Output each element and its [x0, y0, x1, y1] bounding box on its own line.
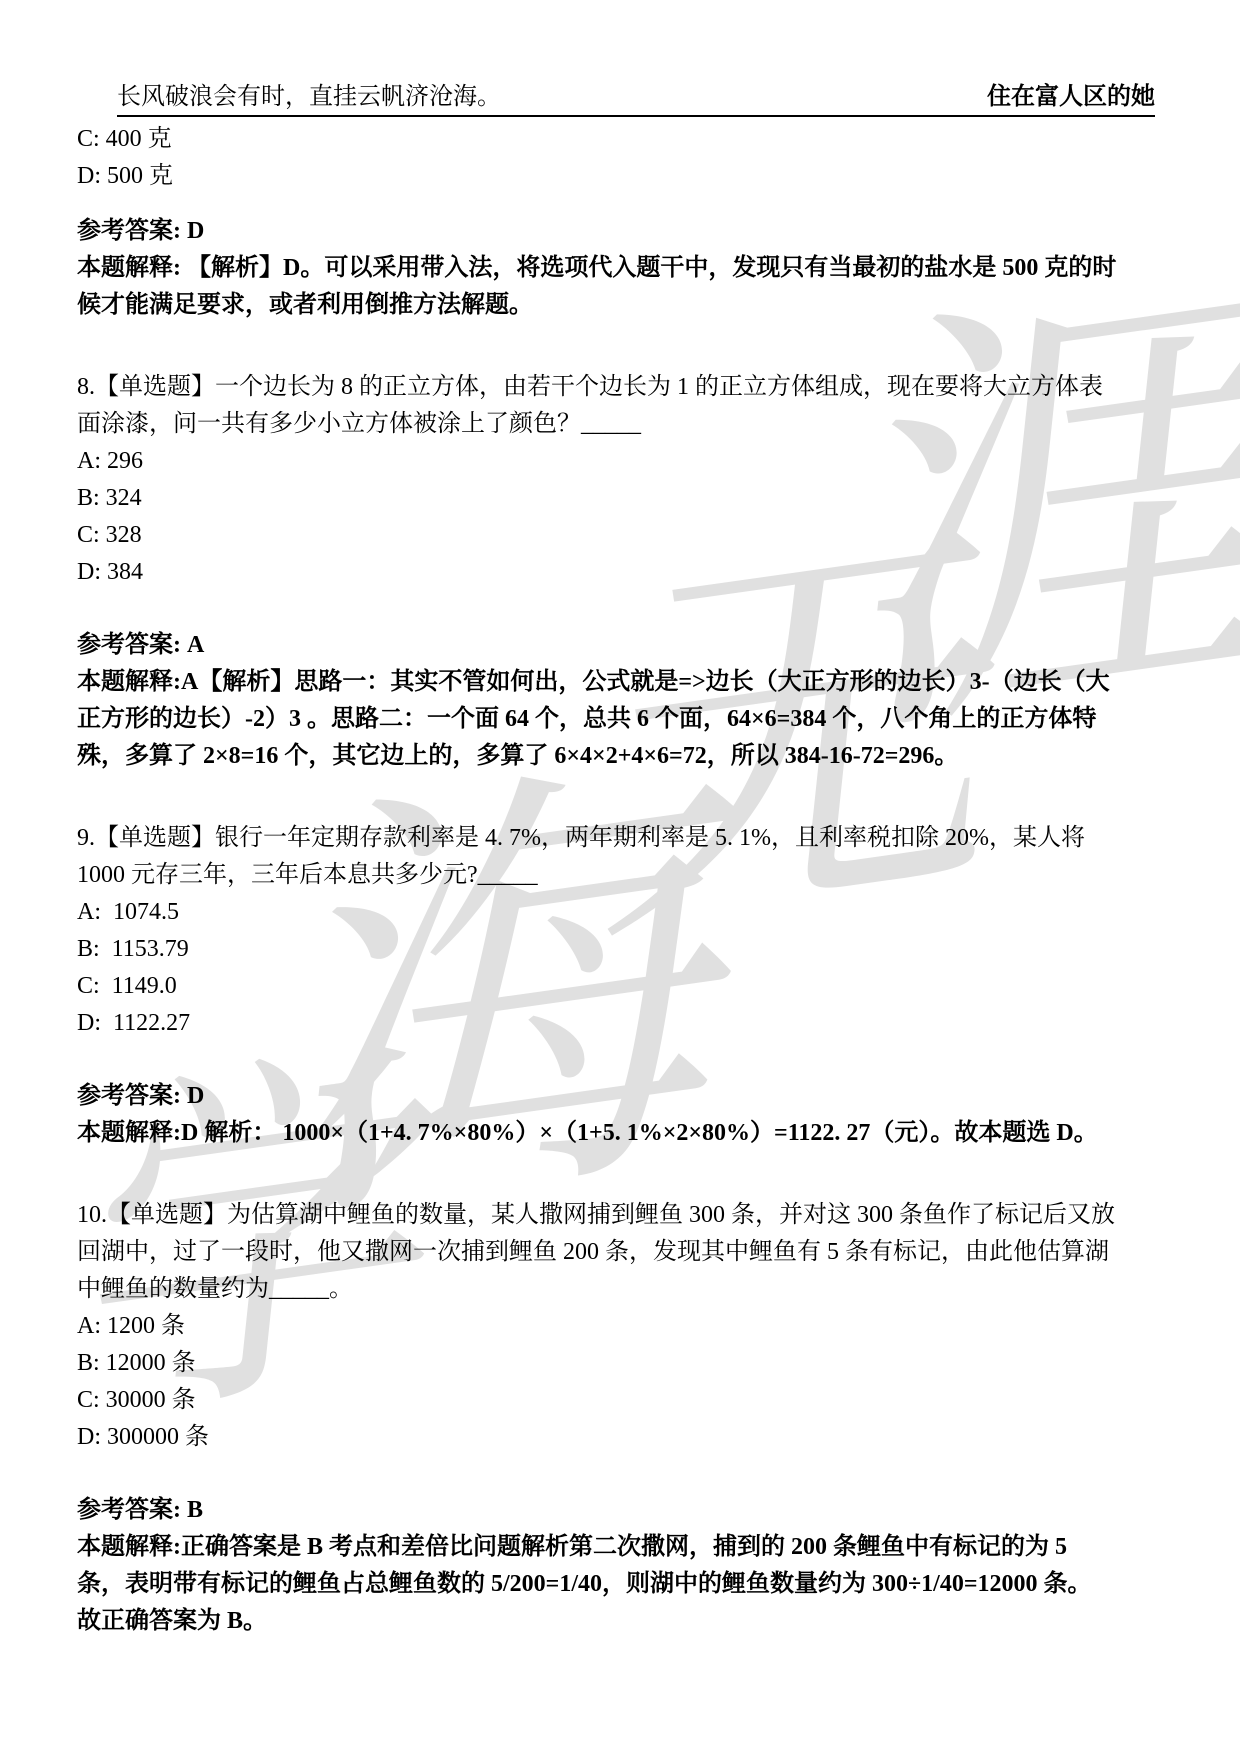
option-item: B: 1153.79	[77, 931, 1153, 968]
option-item: D: 500 克	[77, 158, 1153, 195]
question-text: 9.【单选题】银行一年定期存款利率是 4. 7%，两年期利率是 5. 1%，且利…	[77, 820, 1153, 894]
explanation-text: 本题解释: 【解析】D。可以采用带入法，将选项代入题干中，发现只有当最初的盐水是…	[77, 250, 1153, 324]
document-page: 学海无涯 长风破浪会有时，直挂云帆济沧海。 住在富人区的她 C: 400 克D:…	[0, 0, 1240, 1753]
option-item: A: 296	[77, 443, 1153, 480]
question-text: 8.【单选题】一个边长为 8 的正立方体，由若干个边长为 1 的正立方体组成，现…	[77, 369, 1153, 443]
explanation-text: 本题解释:D 解析： 1000×（1+4. 7%×80%）×（1+5. 1%×2…	[77, 1115, 1153, 1152]
question-text: 10.【单选题】为估算湖中鲤鱼的数量，某人撒网捕到鲤鱼 300 条，并对这 30…	[77, 1197, 1153, 1308]
option-item: A: 1074.5	[77, 894, 1153, 931]
option-item: C: 30000 条	[77, 1382, 1153, 1419]
answer-label: 参考答案: D	[77, 1078, 1153, 1115]
header-motto: 长风破浪会有时，直挂云帆济沧海。	[117, 82, 501, 112]
answer-label: 参考答案: D	[77, 213, 1153, 250]
answer-label: 参考答案: B	[77, 1492, 1153, 1529]
answer-label: 参考答案: A	[77, 627, 1153, 664]
option-item: D: 300000 条	[77, 1419, 1153, 1456]
explanation-text: 本题解释:A【解析】思路一：其实不管如何出，公式就是=>边长（大正方形的边长）3…	[77, 664, 1153, 775]
option-item: C: 328	[77, 517, 1153, 554]
option-item: C: 400 克	[77, 121, 1153, 158]
option-item: A: 1200 条	[77, 1308, 1153, 1345]
header-username: 住在富人区的她	[987, 82, 1155, 112]
option-item: D: 384	[77, 554, 1153, 591]
page-header: 长风破浪会有时，直挂云帆济沧海。 住在富人区的她	[117, 82, 1155, 117]
option-item: C: 1149.0	[77, 968, 1153, 1005]
option-item: B: 324	[77, 480, 1153, 517]
option-item: B: 12000 条	[77, 1345, 1153, 1382]
explanation-text: 本题解释:正确答案是 B 考点和差倍比问题解析第二次撒网，捕到的 200 条鲤鱼…	[77, 1529, 1153, 1640]
document-content: C: 400 克D: 500 克参考答案: D本题解释: 【解析】D。可以采用带…	[77, 121, 1153, 1640]
option-item: D: 1122.27	[77, 1005, 1153, 1042]
